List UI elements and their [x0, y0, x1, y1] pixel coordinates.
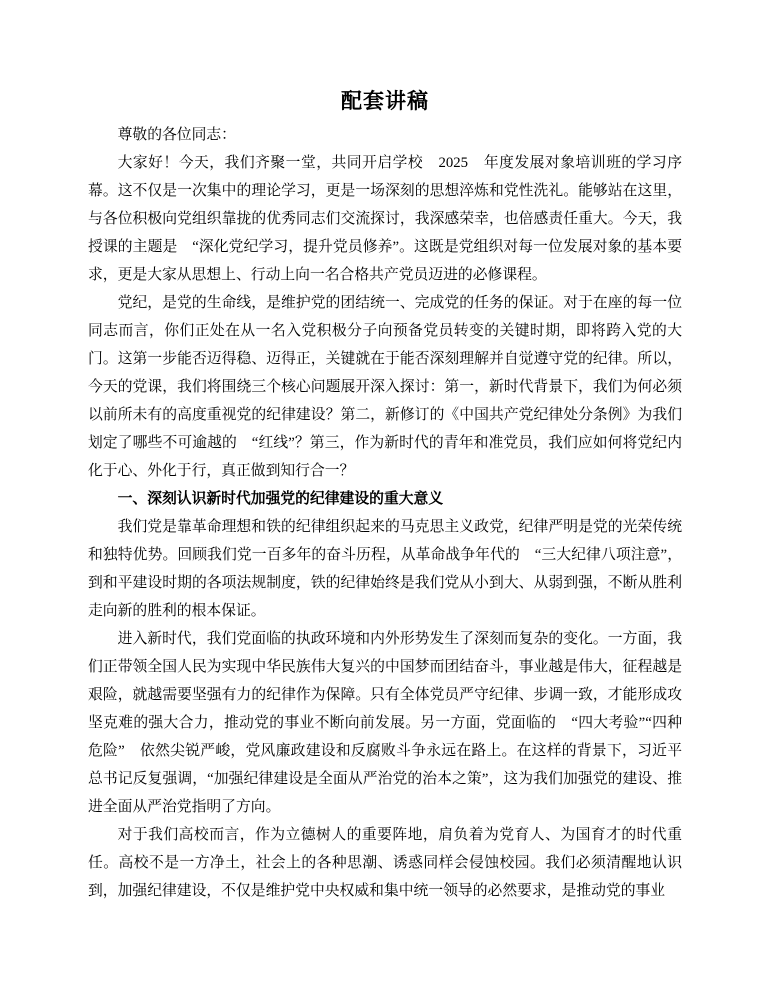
section-heading: 一、深刻认识新时代加强党的纪律建设的重大意义: [88, 485, 682, 513]
paragraph: 我们党是靠革命理想和铁的纪律组织起来的马克思主义政党，纪律严明是党的光荣传统和独…: [88, 513, 682, 625]
paragraph: 对于我们高校而言，作为立德树人的重要阵地，肩负着为党育人、为国育才的时代重任。高…: [88, 821, 682, 905]
paragraph: 党纪，是党的生命线，是维护党的团结统一、完成党的任务的保证。对于在座的每一位同志…: [88, 289, 682, 485]
paragraph: 尊敬的各位同志：: [88, 121, 682, 149]
paragraph: 进入新时代，我们党面临的执政环境和内外形势发生了深刻而复杂的变化。一方面，我们正…: [88, 625, 682, 821]
document-body: 尊敬的各位同志：大家好！今天，我们齐聚一堂，共同开启学校 2025 年度发展对象…: [88, 121, 682, 905]
document-page: 配套讲稿 尊敬的各位同志：大家好！今天，我们齐聚一堂，共同开启学校 2025 年…: [0, 0, 770, 1000]
document-title: 配套讲稿: [88, 86, 682, 116]
paragraph: 大家好！今天，我们齐聚一堂，共同开启学校 2025 年度发展对象培训班的学习序幕…: [88, 149, 682, 289]
